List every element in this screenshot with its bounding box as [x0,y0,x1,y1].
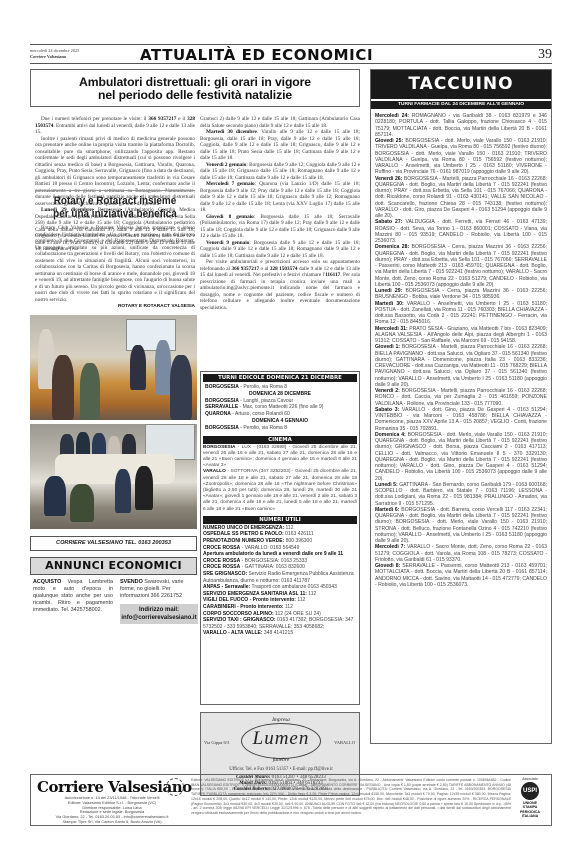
pharmacy-info: GATTINARA - San Bernardo, corso Garibald… [375,482,547,507]
person [155,340,171,395]
day-label: Venerdì 2 gennaio [206,162,246,168]
date-heading: DOMENICA 4 GENNAIO [205,418,355,425]
cinema-item: VARALLO - SOTTORIVA (347 3252203) - Giov… [203,469,357,512]
newsstand-item: BORGOSESIA - Perolio, via Roma 8 [205,384,355,391]
uspi-logo-icon: USPI [521,782,539,800]
number-item: OSPEDALE SS PIETRO E PAOLO: 0163 426111 [203,531,357,538]
taccuino-box: TACCUINO TURNI FARMACIE DAL 24 DICEMBRE … [370,69,552,744]
number-item: CORPO SOCCORSO ALPINO: 112 (24 ORE SU 24… [203,611,357,618]
label: SERVIZIO TAXI : GRIGNASCO: [203,617,276,623]
article-column-2: Gramsci 2) dalle 9 alle 12 e dalle 15 al… [200,116,360,311]
info-box: TURNI EDICOLE DOMENICA 21 DICEMBRE BORGO… [200,371,360,705]
number-item: PRENOTAZIONI NUMERO VERDE: 800 396300 [203,538,357,545]
headline-line-1: Ambulatori distrettuali: gli orari in vi… [31,76,359,89]
label: SRE GRIGNASCO: [203,571,247,577]
cinema-listings: BORGOSESIA - LUX - (0163 22698) - Gioved… [201,444,359,514]
value: 112 [307,591,316,597]
pharmacy-day: Mercoledì 24: ROMAGNANO - via Garibaldi … [375,113,547,138]
number-item: ANPAS - Serravalle: Trasporti con ambula… [203,584,357,591]
pharmacy-day: Venerdì 26: BORGOSESIA - Martelli, piazz… [375,176,547,220]
person [135,466,153,510]
pharmacy-day: Lunedì 29: BORGOSESIA - Cerra, piazza Ma… [375,288,547,301]
pharmacy-info: VARALLO - dott. Gino, piazza De Gasperi … [375,407,547,432]
day-label: Martedì 6: [375,507,399,513]
number-item: SRE GRIGNASCO: Servizio Radio Emergenza … [203,571,357,584]
value: 112 [284,604,293,610]
classified-ad: SVENDO Swarovski, varie forme, no gioiel… [120,579,200,600]
cinema-header: CINEMA [203,436,357,444]
phone-number: 366 9357217 [148,116,176,122]
article-paragraph: Due i numeri telefonici per prenotare le… [35,116,195,136]
day-label: Venerdì 2: [375,388,400,394]
classified-ad: ACQUISTO Vespa Lambretta moto e auto d'e… [33,579,113,614]
headline-line-1: Rotary e Rotaract insieme [41,195,188,208]
taccuino-subtitle: TURNI FARMACIE DAL 24 DICEMBRE ALL'8 GEN… [371,101,551,109]
ad-subtitle: funebre [201,757,361,763]
newsstand-item: BORGOSESIA - Langhi, piazza Cavour [205,398,355,405]
person [115,469,131,513]
page-number: 39 [538,47,552,63]
classifieds-header: ANNUNCI ECONOMICI [30,557,197,575]
value: 800 396300 [284,538,312,544]
number-item: CROCE ROSSA - BORGOSESIA: 0163 25333 [203,558,357,565]
phone-number: 328 1503574 [270,266,298,272]
pharmacy-info: BORGOSESIA - dott. Merlo, viale Varallo … [375,138,547,175]
paper-name: Corriere Valsesiano [30,54,66,59]
section-title: ATTUALITÀ ED ECONOMICI [140,46,373,64]
person [70,484,94,522]
article-paragraph: Martedì 30 dicembre. Varallo alle 9 alle… [200,129,360,162]
text: . Entrambi attivi dal lunedì al venerdì,… [35,123,195,136]
label: VIGILI DEL FUOCO - Pronto intervento: [203,597,296,603]
person [170,355,192,420]
article-paragraph: Venerdì 9 gennaio: Borgosesia dalle 9 al… [200,240,360,260]
uspi-text: ITALIANA [515,814,545,818]
day-label: Domenica 28: [375,244,409,250]
number-item: VIGILI DEL FUOCO - Pronto intervento: 11… [203,597,357,604]
phone-number: 366 9357217 [231,266,259,272]
label: NUMERO UNICO DI EMERGENZA: [203,525,284,531]
ad-address: Via Gippa 6/3 [204,740,229,745]
email-box: Indirizzo mail: info@corrierevalsesiano.… [120,604,198,624]
credit-line: Stampa: Tipre Srl, Via Canton Santo 5, B… [37,820,187,825]
town: BORGOSESIA [205,398,239,404]
number-item: NUMERO UNICO DI EMERGENZA: 112 [203,525,357,532]
town: VARALLO [203,469,226,474]
rotary-article-text: Rotary Club Valsesia e Rotaract Valsesia… [35,225,195,303]
cinema-item: BORGOSESIA - LUX - (0163 22698) - Gioved… [203,445,357,470]
day-label: Domenica 4: [375,432,406,438]
day-label: Giovedì 1: [375,344,400,350]
article-paragraph: Gramsci 2) dalle 9 alle 12 e dalle 15 al… [200,116,360,129]
value: 112 [284,525,293,531]
number-item: SERVIZIO EMERGENZA SANITARIA ASL 11: 112 [203,591,357,598]
headline-line-2: per una iniziativa benefica [41,208,188,221]
pharmacy-info: BORGOSESIA - Martelli, piazza Parrocchia… [375,344,547,388]
article-paragraph: Venerdì 2 gennaio: Borgosesia dalle 9 al… [200,162,360,182]
pharmacy-day: Venerdì 2: BORGOSESIA - Martelli, piazza… [375,388,547,407]
ad-brand-name: Lumen [201,728,361,750]
day-label: Mercoledì 7 gennaio [206,181,255,187]
day-label: Giovedì 8: [375,563,400,569]
value: - BORGOSESIA: 0163 25333 [240,558,307,564]
text: Due i numeri telefonici per prenotare le… [41,116,148,122]
person [44,476,66,516]
value: - VARALLO: 0163 564549 [240,545,299,551]
newsstand-header: TURNI EDICOLE DOMENICA 21 DICEMBRE [203,374,357,382]
taccuino-title: TACCUINO [371,70,551,99]
footer-colophon: Corriere Valsesiano ✓ Autorizzazione n. … [30,774,552,826]
uspi-badge: Associato USPI UNIONE STAMPA PERIODICA I… [515,777,545,818]
value: 348 4141215 [263,630,294,636]
label: CROCE ROSSA [203,558,240,564]
ad-city: VARALLO [334,740,355,745]
pharmacy-info: BORGOSESIA - dott. Barrera, corso Vercel… [375,507,547,544]
info: - Perolio, via Roma 8 [239,425,287,431]
day-label: Sabato 27: [375,219,402,225]
pharmacy-day: Lunedì 5: GATTINARA - San Bernardo, cors… [375,482,547,507]
useful-numbers-header: NUMERI UTILI [203,516,357,524]
number-item: CROCE ROSSA - GATTINARA: 0163 832600 [203,564,357,571]
pharmacy-info: BORGOSESIA - Martelli, piazza Parrocchia… [375,388,547,407]
label: ANPAS - Serravalle: [203,584,250,590]
ad-subtitle: Impresa [201,717,361,723]
day-label: Mercoledì 24: [375,113,409,119]
pharmacy-day: Martedì 30: VARALLO - Anselmetti, via Um… [375,301,547,326]
main-headline: Ambulatori distrettuali: gli orari in vi… [31,70,359,101]
ad-label: ACQUISTO [33,579,61,585]
label: CROCE ROSSA [203,545,240,551]
useful-numbers-list: NUMERO UNICO DI EMERGENZA: 112 OSPEDALE … [201,524,359,638]
pharmacy-info: BORGOSESIA - dott. Merlo, viale Varallo … [375,432,547,482]
pharmacy-day: Martedì 6: BORGOSESIA - dott. Barrera, c… [375,507,547,545]
info: - Max, corso Matteotti 226 (fino alle 9) [238,404,323,410]
person [80,363,100,420]
pharmacy-info: BORGOSESIA - Martelli, piazza Parrocchia… [375,176,547,220]
town: BORGOSESIA [205,425,239,431]
value: - GATTINARA: 0163 832600 [240,564,305,570]
day-label: Lunedì 29: [375,288,402,294]
article-signature: ROTARY E ROTARACT VALSESIA [35,304,195,309]
rotary-headline: Rotary e Rotaract insieme per una inizia… [41,195,188,220]
pharmacy-info: BORGOSESIA - Cerra, piazza Mazzini 36 - … [375,244,547,288]
pharmacy-day: Giovedì 25: BORGOSESIA - dott. Merlo, vi… [375,138,547,176]
label: CORPO SOCCORSO ALPINO: [203,611,274,617]
text: . Per sola prescrizione di farmaci in te… [200,272,360,311]
number-item: Apertura ambulatorio da lunedì a venerdì… [203,551,357,558]
town: BORGOSESIA [205,384,239,390]
number-item: VARALLO - ALTA VALLE: 348 4141215 [203,630,357,637]
article-paragraph: Giovedì 8 gennaio: Borgosesia dalle 15 a… [200,214,360,240]
town: SERRAVALLE [205,404,238,410]
article-paragraph: Per visite ambulatoriali e prescrizioni … [200,259,360,311]
ad-label: SVENDO [120,579,143,585]
divider [35,190,195,191]
number-item: CROCE ROSSA - VARALLO: 0163 564549 [203,545,357,552]
day-label: Venerdì 9 gennaio [206,240,249,246]
masthead: mercoledì 24 dicembre 2025 Corriere Vals… [30,44,552,64]
newsstand-item: SERRAVALLE - Max, corso Matteotti 226 (f… [205,404,355,411]
day-label: Sabato 3: [375,407,399,413]
info: - SOTTORIVA (347 3252203) - Giovedì 25 d… [203,469,357,511]
info: - Langhi, piazza Cavour [239,398,293,404]
town: BORGOSESIA [203,445,236,450]
info: - Perolio, via Roma 8 [239,384,287,390]
value: 112 [296,597,305,603]
uspi-label: Associato [515,777,545,781]
label: OSPEDALE SS PIETRO E PAOLO: [203,531,284,537]
pharmacy-shifts: Mercoledì 24: ROMAGNANO - via Garibaldi … [371,109,551,592]
person [130,345,146,390]
number-item: SERVIZIO TAXI : GRIGNASCO: 0163 417392; … [203,617,357,630]
label: SERVIZIO EMERGENZA SANITARIA ASL 11: [203,591,307,597]
day-label: Mercoledì 31: [375,326,408,332]
legal-text: Editore: VALSESIANO EDITRICE s.r.l. - Bo… [191,778,511,816]
value: 112 (24 ORE SU 24) [274,611,321,617]
label: PRENOTAZIONI NUMERO VERDE: [203,538,284,544]
article-paragraph: Rotary Club Valsesia e Rotaract Valsesia… [35,225,195,303]
pharmacy-day: Giovedì 8: SERRAVALLE - Passerini, corso… [375,563,547,588]
ad-office-contact: Ufficio: Tel. e Fax 0163 51357 • E-mail:… [201,767,361,772]
photo-group-bags [30,424,197,529]
editorial-credits: Autorizzazione n. 14 del 23/11/1948 - Tr… [37,796,187,825]
text: o al [259,266,270,272]
newsstand-item: QUARONA - Artuso, corso Rolandi 60 [205,411,355,418]
day-label: Martedì 30: [375,301,404,307]
day-label: Lunedì 5: [375,482,398,488]
text: e il [176,116,187,122]
value: Trasporti con ambulanze 0163 450343 [250,584,337,590]
label: CARABINIERI - Pronto intervento: [203,604,284,610]
person [52,355,74,420]
photo-volunteers-oranges [30,315,197,420]
pharmacy-day: Domenica 4: BORGOSESIA - dott. Merlo, vi… [375,432,547,482]
day-label: Giovedì 8 gennaio [206,214,254,220]
pharmacy-day: Giovedì 1: BORGOSESIA - Martelli, piazza… [375,344,547,388]
newspaper-phone-box: CORRIERE VALSESIANO TEL. 0163 200353 [30,536,197,551]
email-label: Indirizzo mail: [120,606,198,614]
label: VARALLO - ALTA VALLE: [203,630,263,636]
article-paragraph: Mercoledì 7 gennaio: Quarona (via Lanzio… [200,181,360,214]
day-label: Venerdì 26: [375,176,402,182]
phone-number: 116117 [325,272,340,278]
label: CROCE ROSSA [203,564,240,570]
value: 0163 426111 [284,531,314,537]
main-headline-box: Ambulatori distrettuali: gli orari in vi… [30,69,360,107]
pharmacy-day: Mercoledì 31: PRATO SESIA - Graziano, vi… [375,326,547,345]
newsstand-item: BORGOSESIA - Perolio, via Roma 8 [205,425,355,432]
pharmacy-day: Domenica 28: BORGOSESIA - Cerra, piazza … [375,244,547,288]
pharmacy-info: SERRAVALLE - Passerini, corso Matteotti … [375,563,547,588]
issue-date: mercoledì 24 dicembre 2025 [30,48,79,53]
info: - Artuso, corso Rolandi 60 [231,411,290,417]
headline-line-2: nel periodo delle festività natalizie [31,89,359,102]
date-heading: DOMENICA 28 DICEMBRE [205,391,355,398]
email-address[interactable]: info@corrierevalsesiano.it [120,614,198,622]
day-label: Giovedì 25: [375,138,403,144]
seal-icon: ✓ [166,778,184,796]
label: Apertura ambulatorio da lunedì a venerdì… [203,551,343,557]
town: QUARONA [205,411,231,417]
number-item: CARABINIERI - Pronto intervento: 112 [203,604,357,611]
pharmacy-day: Mercoledì 7: VARALLO - Sacro Monte, dott… [375,544,547,563]
pharmacy-day: Sabato 27: VALDUGGIA - dott. Ferretti, v… [375,219,547,244]
day-label: Mercoledì 7: [375,544,405,550]
day-label: Martedì 30 dicembre [206,129,257,135]
newsstand-list: BORGOSESIA - Perolio, via Roma 8 DOMENIC… [201,382,359,434]
pharmacy-day: Sabato 3: VARALLO - dott. Gino, piazza D… [375,407,547,432]
